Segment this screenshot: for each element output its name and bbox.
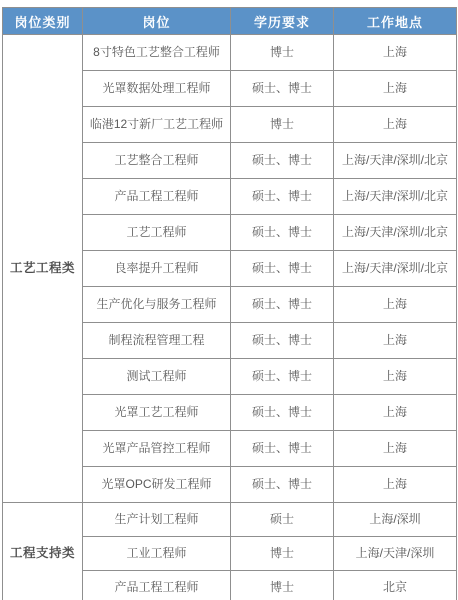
column-header-position: 岗位: [83, 8, 231, 35]
column-header-education: 学历要求: [231, 8, 334, 35]
position-cell: 工艺整合工程师: [83, 143, 231, 179]
jobs-table-page: 岗位类别 岗位 学历要求 工作地点 工艺工程类8寸特色工艺整合工程师博士上海光罩…: [0, 0, 458, 600]
column-header-location: 工作地点: [334, 8, 457, 35]
education-cell: 硕士、博士: [231, 431, 334, 467]
education-cell: 硕士、博士: [231, 395, 334, 431]
education-cell: 硕士、博士: [231, 179, 334, 215]
location-cell: 上海/天津/深圳/北京: [334, 179, 457, 215]
education-cell: 硕士、博士: [231, 215, 334, 251]
education-cell: 博士: [231, 537, 334, 571]
jobs-table: 岗位类别 岗位 学历要求 工作地点 工艺工程类8寸特色工艺整合工程师博士上海光罩…: [2, 7, 457, 600]
location-cell: 上海: [334, 287, 457, 323]
education-cell: 博士: [231, 571, 334, 600]
location-cell: 上海: [334, 359, 457, 395]
location-cell: 上海/深圳: [334, 503, 457, 537]
education-cell: 硕士、博士: [231, 251, 334, 287]
education-cell: 硕士: [231, 503, 334, 537]
position-cell: 光罩产品管控工程师: [83, 431, 231, 467]
location-cell: 上海: [334, 35, 457, 71]
education-cell: 博士: [231, 35, 334, 71]
position-cell: 生产优化与服务工程师: [83, 287, 231, 323]
position-cell: 良率提升工程师: [83, 251, 231, 287]
position-cell: 光罩OPC研发工程师: [83, 467, 231, 503]
position-cell: 8寸特色工艺整合工程师: [83, 35, 231, 71]
education-cell: 硕士、博士: [231, 359, 334, 395]
education-cell: 博士: [231, 107, 334, 143]
location-cell: 上海: [334, 71, 457, 107]
location-cell: 北京: [334, 571, 457, 600]
category-cell: 工艺工程类: [3, 35, 83, 503]
position-cell: 工艺工程师: [83, 215, 231, 251]
location-cell: 上海: [334, 323, 457, 359]
education-cell: 硕士、博士: [231, 467, 334, 503]
location-cell: 上海: [334, 431, 457, 467]
location-cell: 上海/天津/深圳: [334, 537, 457, 571]
education-cell: 硕士、博士: [231, 323, 334, 359]
location-cell: 上海: [334, 395, 457, 431]
position-cell: 产品工程工程师: [83, 179, 231, 215]
education-cell: 硕士、博士: [231, 287, 334, 323]
table-row: 工程支持类生产计划工程师硕士上海/深圳: [3, 503, 457, 537]
position-cell: 工业工程师: [83, 537, 231, 571]
column-header-category: 岗位类别: [3, 8, 83, 35]
position-cell: 光罩工艺工程师: [83, 395, 231, 431]
location-cell: 上海/天津/深圳/北京: [334, 143, 457, 179]
location-cell: 上海: [334, 467, 457, 503]
location-cell: 上海: [334, 107, 457, 143]
location-cell: 上海/天津/深圳/北京: [334, 251, 457, 287]
position-cell: 生产计划工程师: [83, 503, 231, 537]
table-body: 工艺工程类8寸特色工艺整合工程师博士上海光罩数据处理工程师硕士、博士上海临港12…: [3, 35, 457, 600]
education-cell: 硕士、博士: [231, 143, 334, 179]
position-cell: 临港12寸新厂工艺工程师: [83, 107, 231, 143]
position-cell: 测试工程师: [83, 359, 231, 395]
location-cell: 上海/天津/深圳/北京: [334, 215, 457, 251]
position-cell: 制程流程管理工程: [83, 323, 231, 359]
category-cell: 工程支持类: [3, 503, 83, 600]
table-row: 工艺工程类8寸特色工艺整合工程师博士上海: [3, 35, 457, 71]
position-cell: 产品工程工程师: [83, 571, 231, 600]
header-row: 岗位类别 岗位 学历要求 工作地点: [3, 8, 457, 35]
position-cell: 光罩数据处理工程师: [83, 71, 231, 107]
education-cell: 硕士、博士: [231, 71, 334, 107]
